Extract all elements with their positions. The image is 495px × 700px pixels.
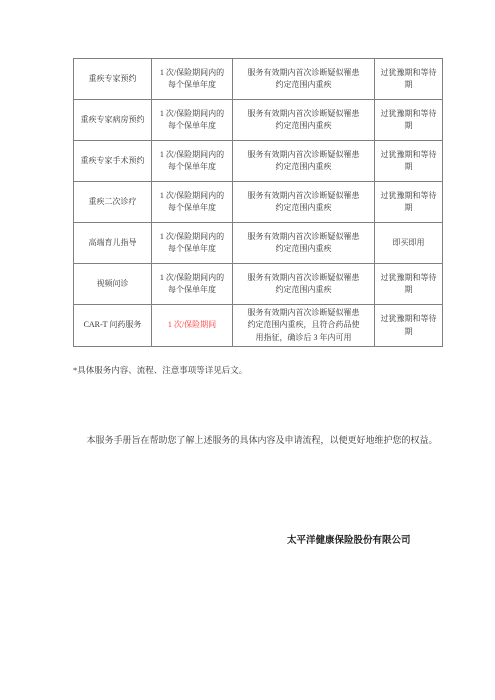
- table-row: 重疾专家手术预约 1 次/保险期间内的 每个保单年度 服务有效期内首次诊断疑似罹…: [74, 141, 443, 182]
- table-row: 重疾专家病房预约 1 次/保险期间内的 每个保单年度 服务有效期内首次诊断疑似罹…: [74, 100, 443, 141]
- availability-cell: 即买即用: [375, 223, 443, 264]
- company-name: 太平洋健康保险股份有限公司: [287, 532, 411, 546]
- availability-cell: 过犹豫期和等待期: [375, 305, 443, 347]
- availability-cell: 过犹豫期和等待期: [375, 100, 443, 141]
- service-name-cell: 重疾专家手术预约: [74, 141, 152, 182]
- table-row: 重疾二次诊疗 1 次/保险期间内的 每个保单年度 服务有效期内首次诊断疑似罹患 …: [74, 182, 443, 223]
- availability-cell: 过犹豫期和等待期: [375, 141, 443, 182]
- table-row: 高端育儿指导 1 次/保险期间内的 每个保单年度 服务有效期内首次诊断疑似罹患 …: [74, 223, 443, 264]
- table-row: CAR-T 问药服务 1 次/保险期间 服务有效期内首次诊断疑似罹患 约定范围内…: [74, 305, 443, 347]
- condition-cell: 服务有效期内首次诊断疑似罹患 约定范围内重疾: [233, 182, 375, 223]
- frequency-cell: 1 次/保险期间内的 每个保单年度: [152, 264, 233, 305]
- footnote: *具体服务内容、流程、注意事项等详见后文。: [73, 364, 247, 376]
- condition-cell: 服务有效期内首次诊断疑似罹患 约定范围内重疾: [233, 100, 375, 141]
- frequency-cell: 1 次/保险期间内的 每个保单年度: [152, 59, 233, 100]
- condition-cell: 服务有效期内首次诊断疑似罹患 约定范围内重疾: [233, 141, 375, 182]
- document-page: 重疾专家预约 1 次/保险期间内的 每个保单年度 服务有效期内首次诊断疑似罹患 …: [0, 0, 495, 700]
- condition-cell: 服务有效期内首次诊断疑似罹患 约定范围内重疾: [233, 223, 375, 264]
- availability-cell: 过犹豫期和等待期: [375, 264, 443, 305]
- frequency-cell: 1 次/保险期间内的 每个保单年度: [152, 223, 233, 264]
- condition-cell: 服务有效期内首次诊断疑似罹患 约定范围内重疾，且符合药品使 用指征，确诊后 3 …: [233, 305, 375, 347]
- table-row: 重疾专家预约 1 次/保险期间内的 每个保单年度 服务有效期内首次诊断疑似罹患 …: [74, 59, 443, 100]
- frequency-cell: 1 次/保险期间内的 每个保单年度: [152, 100, 233, 141]
- service-name-cell: 高端育儿指导: [74, 223, 152, 264]
- service-table: 重疾专家预约 1 次/保险期间内的 每个保单年度 服务有效期内首次诊断疑似罹患 …: [73, 58, 443, 347]
- frequency-cell: 1 次/保险期间内的 每个保单年度: [152, 141, 233, 182]
- availability-cell: 过犹豫期和等待期: [375, 182, 443, 223]
- service-name-cell: 重疾二次诊疗: [74, 182, 152, 223]
- frequency-cell: 1 次/保险期间: [152, 305, 233, 347]
- service-name-cell: CAR-T 问药服务: [74, 305, 152, 347]
- intro-paragraph: 本服务手册旨在帮助您了解上述服务的具体内容及申请流程，以便更好地维护您的权益。: [73, 433, 453, 446]
- service-table-body: 重疾专家预约 1 次/保险期间内的 每个保单年度 服务有效期内首次诊断疑似罹患 …: [74, 59, 443, 347]
- condition-cell: 服务有效期内首次诊断疑似罹患 约定范围内重疾: [233, 59, 375, 100]
- frequency-cell: 1 次/保险期间内的 每个保单年度: [152, 182, 233, 223]
- table-row: 视频问诊 1 次/保险期间内的 每个保单年度 服务有效期内首次诊断疑似罹患 约定…: [74, 264, 443, 305]
- service-name-cell: 重疾专家病房预约: [74, 100, 152, 141]
- service-name-cell: 重疾专家预约: [74, 59, 152, 100]
- condition-cell: 服务有效期内首次诊断疑似罹患 约定范围内重疾: [233, 264, 375, 305]
- service-name-cell: 视频问诊: [74, 264, 152, 305]
- availability-cell: 过犹豫期和等待期: [375, 59, 443, 100]
